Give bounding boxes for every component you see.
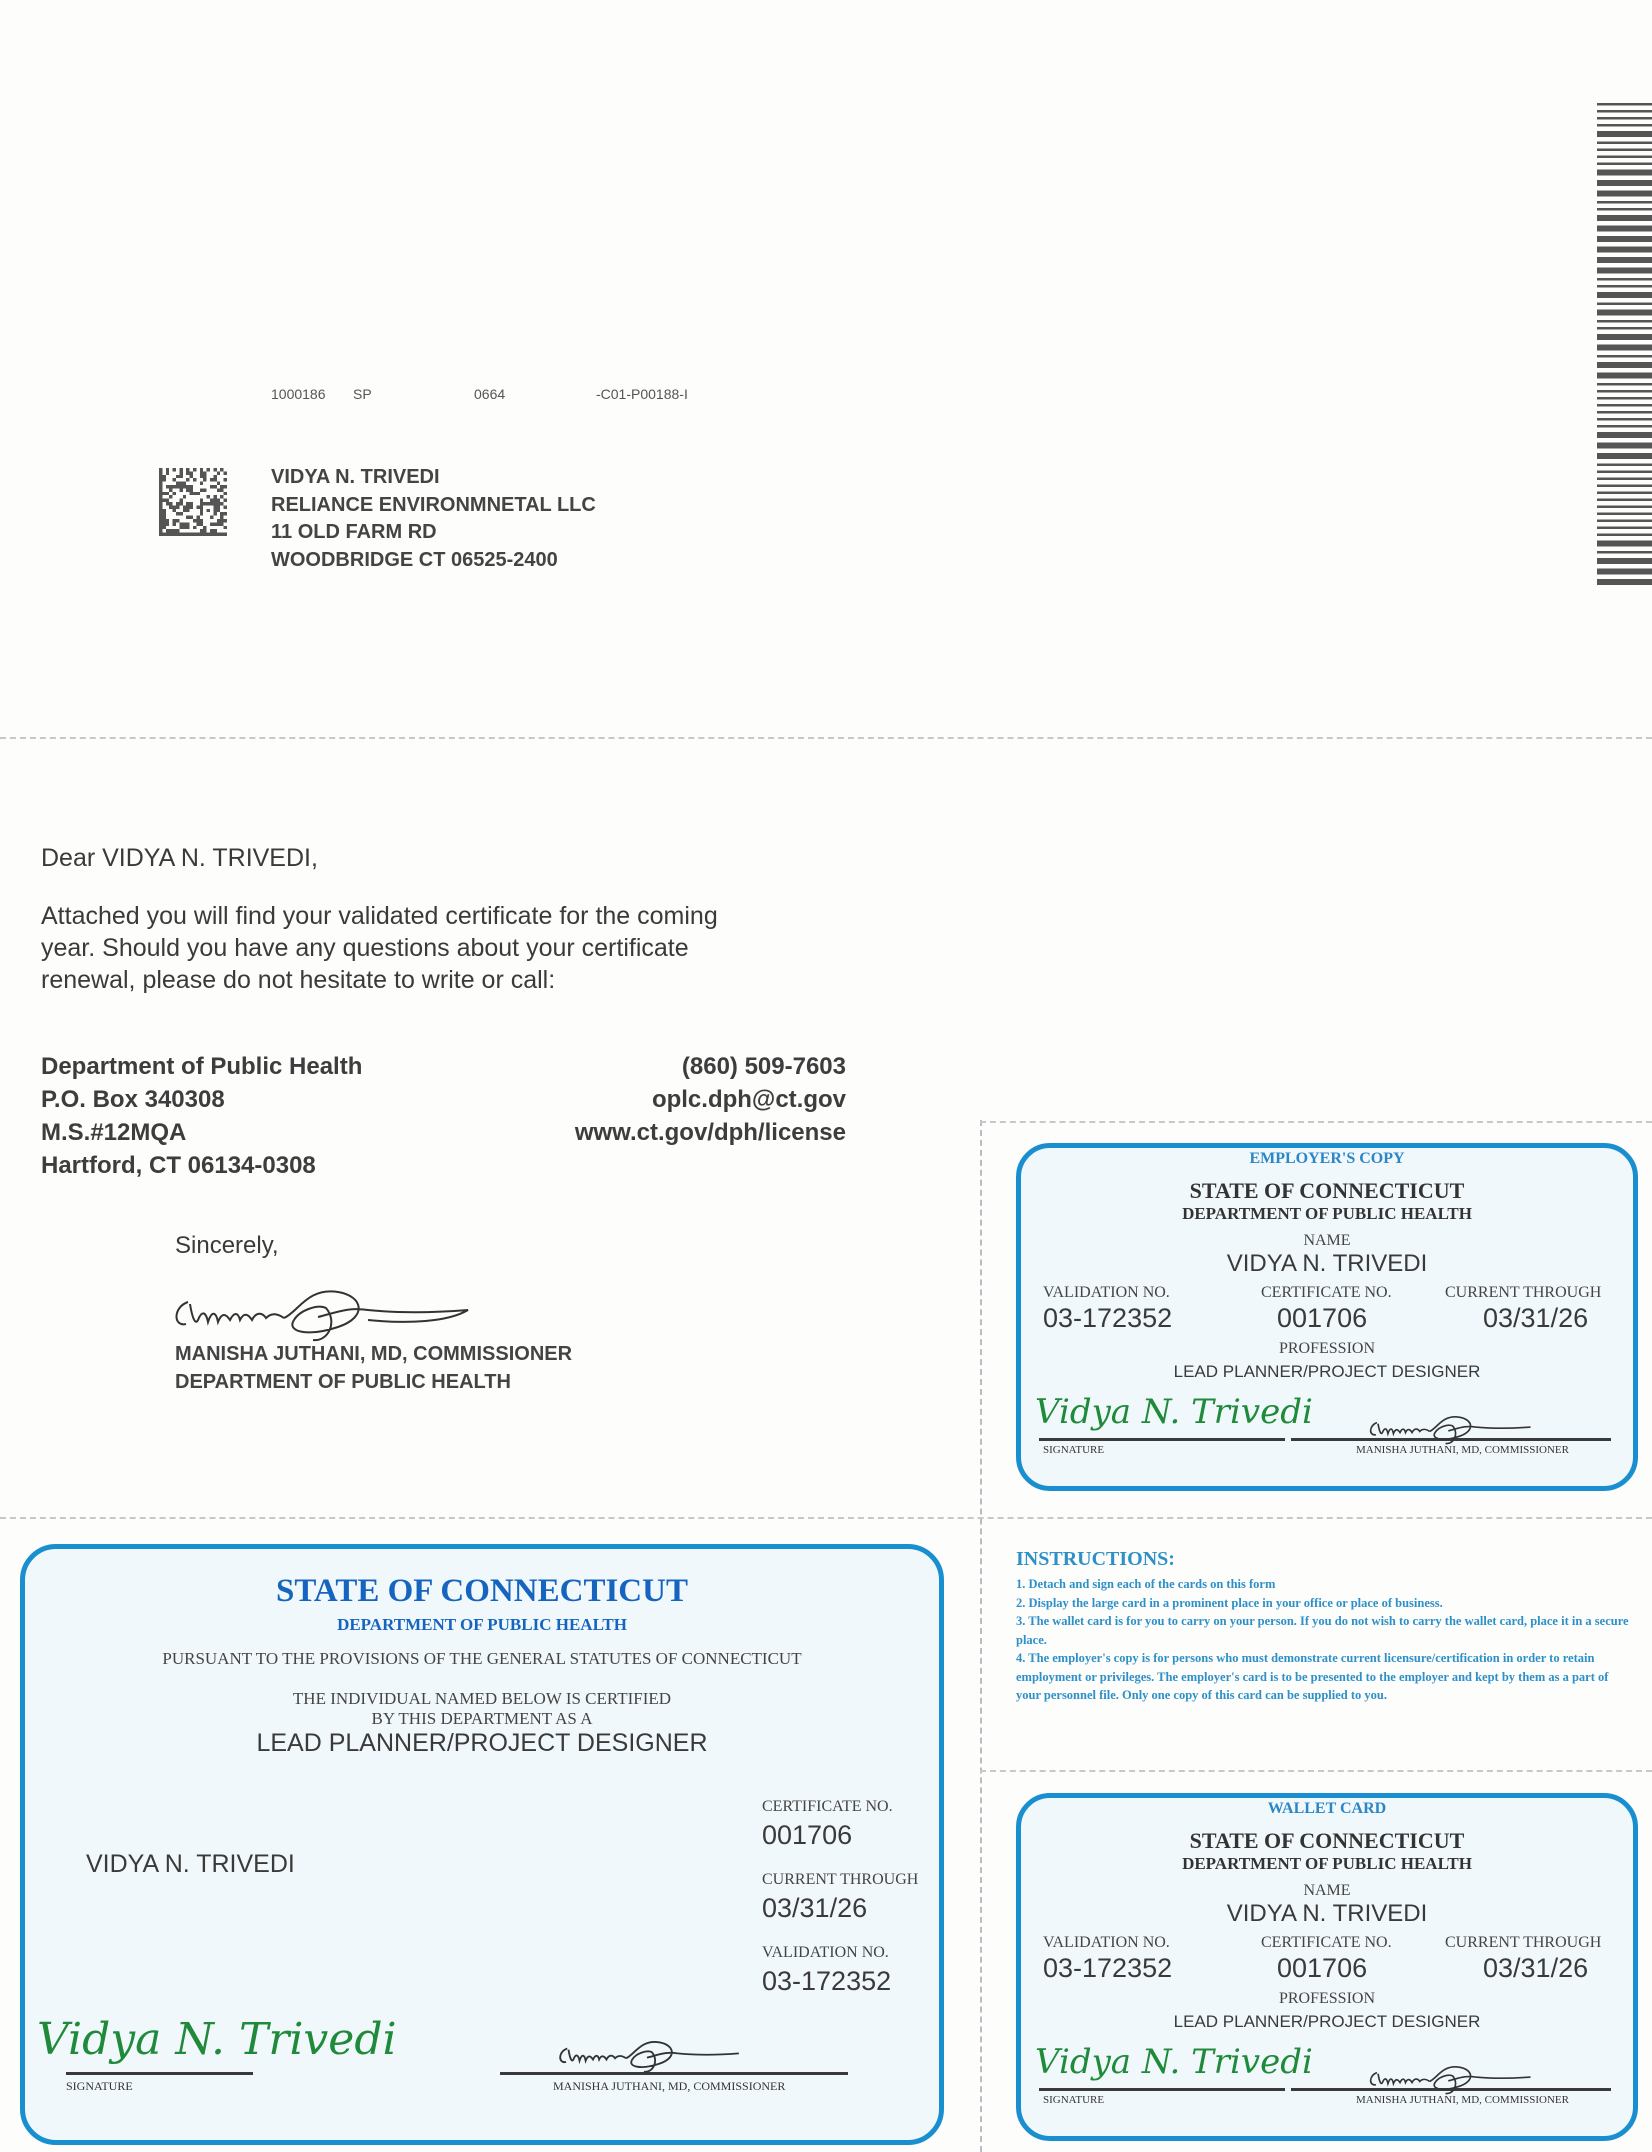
dept-name: Department of Public Health [41, 1050, 362, 1083]
validation-no: 03-172352 [762, 1966, 891, 1997]
validation-no-label: VALIDATION NO. [762, 1944, 889, 1962]
perforation-line-vertical [980, 1120, 982, 2152]
name-label: NAME [1021, 1882, 1633, 1900]
validation-label: VALIDATION NO. [1043, 1284, 1170, 1302]
card-dept: DEPARTMENT OF PUBLIC HEALTH [1021, 1204, 1633, 1224]
commissioner-signature-icon [1366, 1396, 1536, 1452]
certificate-no: 001706 [1277, 1953, 1367, 1984]
address-city: WOODBRIDGE CT 06525-2400 [271, 547, 596, 575]
name-label: NAME [1021, 1232, 1633, 1250]
instruction-item: 3. The wallet card is for you to carry o… [1016, 1612, 1636, 1649]
profession: LEAD PLANNER/PROJECT DESIGNER [1021, 2012, 1633, 2032]
holder-signature: Vidya N. Trivedi [37, 2014, 397, 2065]
card-dept: DEPARTMENT OF PUBLIC HEALTH [1021, 1854, 1633, 1874]
contact-website[interactable]: www.ct.gov/dph/license [480, 1116, 846, 1149]
commissioner-label: MANISHA JUTHANI, MD, COMMISSIONER [553, 2079, 785, 2094]
signature-line [1039, 1438, 1285, 1441]
holder-name: VIDYA N. TRIVEDI [1021, 1250, 1633, 1278]
certificate-holder-name: VIDYA N. TRIVEDI [86, 1850, 295, 1879]
profession: LEAD PLANNER/PROJECT DESIGNER [1021, 1362, 1633, 1382]
contact-email[interactable]: oplc.dph@ct.gov [480, 1083, 846, 1116]
contact-info: (860) 509-7603 oplc.dph@ct.gov www.ct.go… [480, 1050, 846, 1149]
employer-copy-card: EMPLOYER'S COPY STATE OF CONNECTICUT DEP… [1016, 1143, 1638, 1491]
routing-code-1: 1000186 [271, 386, 326, 402]
wallet-card: WALLET CARD STATE OF CONNECTICUT DEPARTM… [1016, 1793, 1638, 2141]
certificate-no: 001706 [762, 1820, 852, 1851]
certificate-pursuant: PURSUANT TO THE PROVISIONS OF THE GENERA… [25, 1649, 939, 1669]
postal-barcode-icon [1597, 103, 1652, 587]
contact-phone[interactable]: (860) 509-7603 [480, 1050, 846, 1083]
recipient-address: VIDYA N. TRIVEDI RELIANCE ENVIRONMNETAL … [271, 464, 596, 574]
letter-signer: MANISHA JUTHANI, MD, COMMISSIONER DEPART… [175, 1340, 572, 1396]
instruction-item: 2. Display the large card in a prominent… [1016, 1594, 1636, 1613]
commissioner-signature-icon [168, 1262, 478, 1347]
card-state: STATE OF CONNECTICUT [1021, 1828, 1633, 1854]
wall-certificate: STATE OF CONNECTICUT DEPARTMENT OF PUBLI… [20, 1544, 944, 2145]
dept-mail-stop: M.S.#12MQA [41, 1116, 362, 1149]
signature-label: SIGNATURE [1043, 1444, 1104, 1456]
certified-line-1: THE INDIVIDUAL NAMED BELOW IS CERTIFIED [25, 1689, 939, 1709]
instruction-item: 1. Detach and sign each of the cards on … [1016, 1575, 1636, 1594]
instructions-panel: INSTRUCTIONS: 1. Detach and sign each of… [1016, 1548, 1636, 1705]
instructions-title: INSTRUCTIONS: [1016, 1548, 1636, 1571]
certificate-no: 001706 [1277, 1303, 1367, 1334]
letter-body: Attached you will find your validated ce… [41, 900, 861, 996]
signature-line [66, 2072, 253, 2075]
commissioner-signature-icon [555, 2019, 745, 2081]
holder-name: VIDYA N. TRIVEDI [1021, 1900, 1633, 1928]
certificate-state: STATE OF CONNECTICUT [25, 1573, 939, 1610]
signature-label: SIGNATURE [66, 2079, 133, 2094]
certificate-profession: LEAD PLANNER/PROJECT DESIGNER [25, 1729, 939, 1758]
routing-code-2: SP [353, 386, 372, 402]
instruction-item: 4. The employer's copy is for persons wh… [1016, 1649, 1636, 1705]
dept-po-box: P.O. Box 340308 [41, 1083, 362, 1116]
profession-label: PROFESSION [1021, 1990, 1633, 2008]
letter-closing: Sincerely, [175, 1232, 279, 1260]
department-address: Department of Public Health P.O. Box 340… [41, 1050, 362, 1182]
current-through-label: CURRENT THROUGH [762, 1871, 918, 1889]
letter-body-line: renewal, please do not hesitate to write… [41, 964, 861, 996]
signature-line [1039, 2088, 1285, 2091]
signer-dept: DEPARTMENT OF PUBLIC HEALTH [175, 1368, 572, 1396]
address-name: VIDYA N. TRIVEDI [271, 464, 596, 492]
certificate-dept: DEPARTMENT OF PUBLIC HEALTH [25, 1615, 939, 1635]
profession-label: PROFESSION [1021, 1340, 1633, 1358]
current-through-label: CURRENT THROUGH [1445, 1284, 1601, 1302]
validation-label: VALIDATION NO. [1043, 1934, 1170, 1952]
certificate-no-label: CERTIFICATE NO. [762, 1798, 893, 1816]
address-street: 11 OLD FARM RD [271, 519, 596, 547]
letter-greeting: Dear VIDYA N. TRIVEDI, [41, 844, 318, 873]
letter-body-line: Attached you will find your validated ce… [41, 900, 861, 932]
perforation-line [0, 1517, 1652, 1519]
holder-signature: Vidya N. Trivedi [1035, 1392, 1313, 1432]
letter-body-line: year. Should you have any questions abou… [41, 932, 861, 964]
perforation-line [980, 1770, 1652, 1772]
certified-line-2: BY THIS DEPARTMENT AS A [25, 1709, 939, 1729]
card-state: STATE OF CONNECTICUT [1021, 1178, 1633, 1204]
routing-code-3: 0664 [474, 386, 505, 402]
current-through: 03/31/26 [762, 1893, 867, 1924]
holder-signature: Vidya N. Trivedi [1035, 2042, 1313, 2082]
dept-city: Hartford, CT 06134-0308 [41, 1149, 362, 1182]
routing-code-4: -C01-P00188-I [596, 386, 688, 402]
perforation-line [0, 737, 1652, 739]
perforation-line [980, 1121, 1652, 1123]
certificate-label: CERTIFICATE NO. [1261, 1284, 1392, 1302]
current-through-label: CURRENT THROUGH [1445, 1934, 1601, 1952]
commissioner-signature-icon [1366, 2046, 1536, 2102]
certificate-label: CERTIFICATE NO. [1261, 1934, 1392, 1952]
card-label: WALLET CARD [1021, 1800, 1633, 1818]
validation-no: 03-172352 [1043, 1303, 1172, 1334]
datamatrix-icon [159, 468, 227, 536]
current-through: 03/31/26 [1483, 1303, 1588, 1334]
signature-label: SIGNATURE [1043, 2094, 1104, 2106]
address-company: RELIANCE ENVIRONMNETAL LLC [271, 492, 596, 520]
validation-no: 03-172352 [1043, 1953, 1172, 1984]
card-label: EMPLOYER'S COPY [1021, 1150, 1633, 1168]
signer-title: MANISHA JUTHANI, MD, COMMISSIONER [175, 1340, 572, 1368]
current-through: 03/31/26 [1483, 1953, 1588, 1984]
